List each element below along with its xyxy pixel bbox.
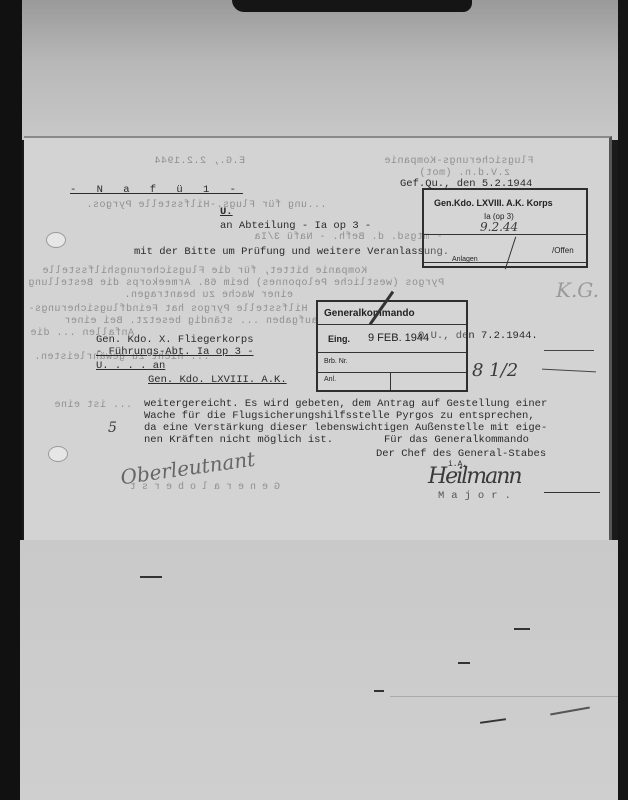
- corps-stamp-anlagen: Anlagen: [452, 256, 478, 263]
- generalkommando-stamp: Generalkommando Eing. 9 FEB. 1944 Brb. N…: [316, 300, 468, 392]
- ghost-line-1: - mtgsd. d. Befh. - Nafü 3/Ia: [254, 232, 443, 243]
- punch-hole-top: [46, 232, 66, 248]
- body-line-4: nen Kräften nicht möglich ist.: [144, 434, 333, 446]
- gk-stamp-eing-date: 9 FEB. 1944: [368, 332, 429, 344]
- ghost-unit: Flugsicherungs-Kompanie: [384, 156, 534, 167]
- speck: [374, 690, 384, 692]
- speck: [140, 576, 162, 578]
- body-line-2: Wache für die Flugsicherungshilfsstelle …: [144, 410, 535, 422]
- signature-line-2: Der Chef des General-Stabes: [376, 448, 546, 460]
- corps-receipt-stamp: Gen.Kdo. LXVIII. A.K. Korps Ia (op 3) 9.…: [422, 188, 588, 268]
- underlying-page-top: [22, 0, 618, 140]
- corps-stamp-offen: /Offen: [552, 246, 574, 255]
- punch-hole-bottom: [48, 446, 68, 462]
- ghost-body-7: ... ist eine: [54, 400, 132, 411]
- addressee: an Abteilung - Ia op 3 -: [220, 220, 371, 232]
- request-line: mit der Bitte um Prüfung und weitere Ver…: [134, 246, 449, 258]
- speck: [480, 718, 506, 724]
- gk-stamp-eing-label: Eing.: [328, 334, 350, 344]
- signature-rank: Major.: [438, 490, 518, 502]
- forward-to: Gen. Kdo. LXVIII. A.K.: [148, 374, 287, 386]
- ghost-date: E.G., 2.2.1944: [154, 156, 245, 167]
- corps-stamp-title: Gen.Kdo. LXVIII. A.K. Korps: [434, 198, 553, 208]
- unit-heading: - N a f ü 1 -: [70, 184, 243, 196]
- film-border-right: [618, 0, 628, 800]
- gk-stamp-nr-label: Brb. Nr.: [324, 358, 348, 365]
- forward-from-sub: - Führungs-Abt. Ia op 3 -: [96, 346, 254, 358]
- signature-tail: [544, 492, 600, 493]
- underlying-page-bottom: [20, 540, 618, 800]
- corps-stamp-slash: [505, 237, 516, 270]
- document-page: E.G., 2.2.1944 Flugsicherungs-Kompanie z…: [24, 136, 612, 540]
- film-border-left: [0, 0, 22, 800]
- body-line-3: da eine Verstärkung dieser lebenswichtig…: [144, 422, 547, 434]
- gk-stamp-title: Generalkommando: [324, 308, 415, 319]
- routing-mark: U.: [220, 206, 233, 218]
- ghost-body-3: Hilfsstelle Pyrgos hat Feindflugsicherun…: [28, 304, 308, 315]
- body-line-1: weitergereicht. Es wird gebeten, dem Ant…: [144, 398, 547, 410]
- fraction-mark: 8 1/2: [472, 360, 518, 381]
- pencil-strike-2: [542, 369, 596, 373]
- signature-line-1: Für das Generalkommando: [384, 434, 529, 446]
- page-shadow: [232, 0, 472, 12]
- speck: [550, 707, 590, 716]
- speck: [514, 628, 530, 630]
- pencil-strike-1: [544, 350, 594, 351]
- corps-stamp-date: 9.2.44: [480, 220, 518, 234]
- gk-stamp-anl-label: Anl.: [324, 376, 336, 383]
- ghost-body-1: Pyrgos (westliche Peloponnes) beim 68. A…: [28, 278, 444, 289]
- forward-from: Gen. Kdo. X. Fliegerkorps: [96, 334, 254, 346]
- ghost-body-2: einer Wache zu beantragen.: [124, 290, 293, 301]
- forward-mark: U. . . . an: [96, 360, 165, 372]
- fold-line: [390, 696, 620, 697]
- speck: [458, 662, 470, 664]
- arrow-mark: 5: [108, 420, 117, 436]
- ghost-subject: ...ung für Flugs.-Hilfsstelle Pyrgos.: [86, 200, 327, 211]
- ghost-body-4: aufgaben ... ständig besetzt. Bei einer: [64, 316, 318, 327]
- margin-note-kg: K.G.: [556, 278, 599, 302]
- right-signature: Heilmann: [428, 464, 521, 489]
- ghost-body-0: Kompanie bittet, für die Flugsicherungsh…: [42, 266, 367, 277]
